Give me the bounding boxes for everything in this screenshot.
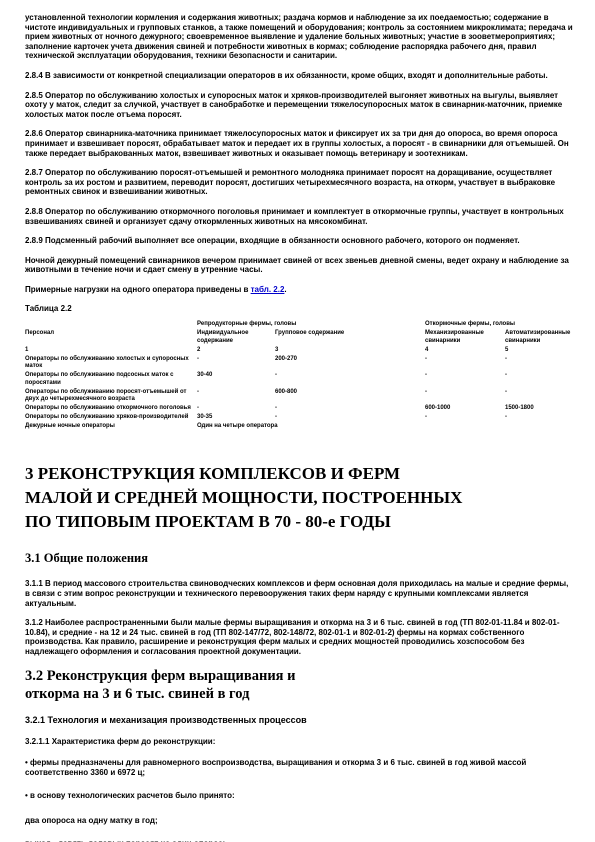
row-value: - (197, 405, 275, 414)
table-group-reproduction-farms: Репродукторные фермы, головы (197, 321, 425, 330)
paragraph-duties-continuation: установленной технологии кормления и сод… (25, 13, 575, 61)
row-value: 1500-1800 (505, 405, 578, 414)
row-operator-label: Операторы по обслуживанию холостых и суп… (25, 356, 197, 373)
row-value-empty (505, 423, 578, 432)
section-3-title-line2: МАЛОЙ И СРЕДНЕЙ МОЩНОСТИ, ПОСТРОЕННЫХ (25, 486, 575, 510)
section-3-2-title-line2: откорма на 3 и 6 тыс. свиней в год (25, 685, 575, 703)
row-value: - (275, 372, 425, 389)
line-farrowings-per-sow: два опороса на одну матку в год; (25, 816, 575, 826)
table-subheader-mechanized: Механизированные свинарники (425, 330, 505, 347)
document-page: установленной технологии кормления и сод… (0, 0, 595, 842)
table-2-2-caption: Таблица 2.2 (25, 304, 575, 313)
row-value: - (425, 414, 505, 423)
row-operator-label: Операторы по обслуживанию поросят-отъемы… (25, 389, 197, 406)
row-value: - (505, 356, 578, 373)
table-row: Операторы по обслуживанию поросят-отъемы… (25, 389, 578, 406)
table-reference-period: . (284, 285, 286, 294)
line-piglets-per-farrowing: выход - девять деловых поросят на один о… (25, 839, 575, 842)
table-group-fattening-farms: Откормочные фермы, головы (425, 321, 578, 330)
bullet-calc-basis: • в основу технологических расчетов было… (25, 791, 575, 801)
colnum-3: 3 (275, 347, 425, 356)
row-value: - (505, 372, 578, 389)
paragraph-3-1-1: 3.1.1 В период массового строительства с… (25, 579, 575, 608)
paragraph-2-8-4: 2.8.4 В зависимости от конкретной специа… (25, 71, 575, 81)
paragraph-3-2-1-1: 3.2.1.1 Характеристика ферм до реконстру… (25, 737, 575, 747)
row-value: - (425, 356, 505, 373)
section-3-title-line1: 3 РЕКОНСТРУКЦИЯ КОМПЛЕКСОВ И ФЕРМ (25, 462, 575, 486)
section-3-1-title: 3.1 Общие положения (25, 551, 575, 565)
row-value: - (425, 389, 505, 406)
row-operator-label: Дежурные ночные операторы (25, 423, 197, 432)
row-value: - (425, 372, 505, 389)
section-3-2-title-line1: 3.2 Реконструкция ферм выращивания и (25, 667, 575, 685)
section-3-title: 3 РЕКОНСТРУКЦИЯ КОМПЛЕКСОВ И ФЕРМ МАЛОЙ … (25, 462, 575, 534)
row-value: 30-40 (197, 372, 275, 389)
row-operator-label: Операторы по обслуживанию хряков-произво… (25, 414, 197, 423)
row-value: 30-35 (197, 414, 275, 423)
row-value: - (197, 356, 275, 373)
row-value: - (275, 405, 425, 414)
colnum-5: 5 (505, 347, 578, 356)
table-group-header-row: Персонал Репродукторные фермы, головы От… (25, 321, 578, 330)
table-subheader-individual: Индивидуальное содержание (197, 330, 275, 347)
paragraph-table-reference: Примерные нагрузки на одного оператора п… (25, 285, 575, 295)
section-3-2-title: 3.2 Реконструкция ферм выращивания и отк… (25, 667, 575, 703)
row-value: 600-1000 (425, 405, 505, 414)
row-value: 200-270 (275, 356, 425, 373)
colnum-1: 1 (25, 347, 197, 356)
bullet-farm-purpose: • фермы предназначены для равномерного в… (25, 758, 575, 777)
table-2-2: Персонал Репродукторные фермы, головы От… (25, 321, 578, 432)
row-value: - (275, 414, 425, 423)
table-2-2-link[interactable]: табл. 2.2 (251, 285, 285, 294)
table-reference-text: Примерные нагрузки на одного оператора п… (25, 285, 251, 294)
paragraph-2-8-5: 2.8.5 Оператор по обслуживанию холостых … (25, 91, 575, 120)
section-3-2-1-title: 3.2.1 Технология и механизация производс… (25, 715, 575, 725)
section-3-title-line3: ПО ТИПОВЫМ ПРОЕКТАМ В 70 - 80-е ГОДЫ (25, 510, 575, 534)
paragraph-3-1-2: 3.1.2 Наиболее распространенными были ма… (25, 618, 575, 656)
row-operator-label: Операторы по обслуживанию подсосных мато… (25, 372, 197, 389)
table-colnum-row: 1 2 3 4 5 (25, 347, 578, 356)
row-value: - (197, 389, 275, 406)
colnum-4: 4 (425, 347, 505, 356)
table-subheader-group: Групповое содержание (275, 330, 425, 347)
row-value: - (505, 414, 578, 423)
paragraph-2-8-7: 2.8.7 Оператор по обслуживанию поросят-о… (25, 168, 575, 197)
colnum-2: 2 (197, 347, 275, 356)
table-row-night-operators: Дежурные ночные операторы Один на четыре… (25, 423, 578, 432)
row-value: - (505, 389, 578, 406)
paragraph-2-8-8: 2.8.8 Оператор по обслуживанию откормочн… (25, 207, 575, 226)
paragraph-2-8-9: 2.8.9 Подсменный рабочий выполняет все о… (25, 236, 575, 246)
table-header-personnel: Персонал (25, 321, 197, 347)
row-value: 600-800 (275, 389, 425, 406)
row-value-empty (425, 423, 505, 432)
table-row: Операторы по обслуживанию хряков-произво… (25, 414, 578, 423)
paragraph-2-8-6: 2.8.6 Оператор свинарника-маточника прин… (25, 129, 575, 158)
table-subheader-automated: Автоматизированные свинарники (505, 330, 578, 347)
table-row: Операторы по обслуживанию подсосных мато… (25, 372, 578, 389)
table-row: Операторы по обслуживанию холостых и суп… (25, 356, 578, 373)
paragraph-night-duty: Ночной дежурный помещений свинарников ве… (25, 256, 575, 275)
row-span-value: Один на четыре оператора (197, 423, 425, 432)
